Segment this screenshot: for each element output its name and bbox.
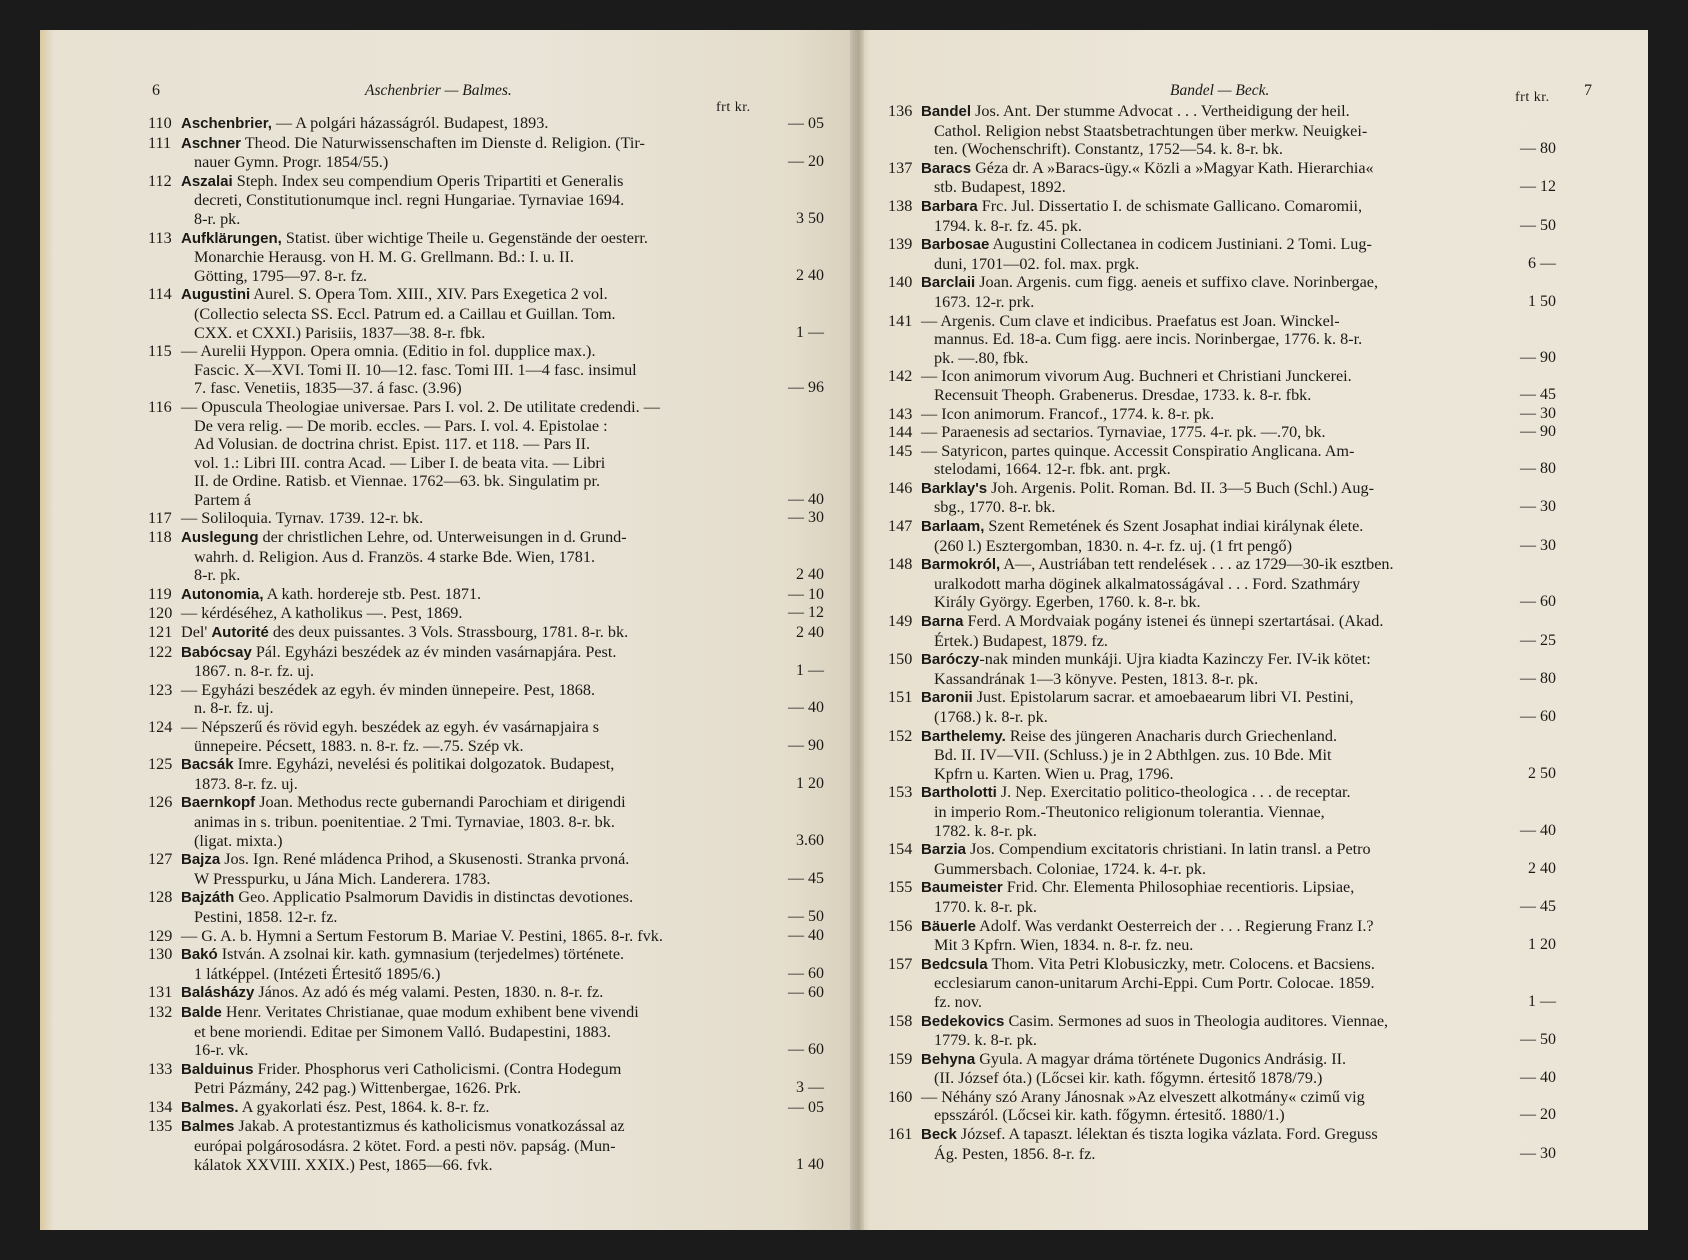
- entry-author: Babócsay: [181, 644, 252, 661]
- entry-text: Jos. Ant. Der stumme Advocat . . . Verth…: [971, 102, 1350, 120]
- entry-number: 145: [888, 442, 921, 461]
- entry-continuation-line: stb. Budapest, 1892.: [888, 178, 1480, 197]
- entry-price: 3.60: [760, 832, 824, 851]
- entry-number: 146: [888, 479, 921, 498]
- catalogue-entry: 156Bäuerle Adolf. Was verdankt Oesterrei…: [888, 917, 1480, 955]
- entry-price: — 25: [1492, 632, 1556, 651]
- entry-first-line: 122Babócsay Pál. Egyházi beszédek az év …: [148, 643, 748, 663]
- entry-text: Just. Epistolarum sacrar. et amoebaearum…: [973, 688, 1354, 706]
- entry-text: pk. —.80, fbk.: [934, 349, 1028, 367]
- entry-price: 1 —: [1492, 993, 1556, 1012]
- entry-first-line: 138Barbara Frc. Jul. Dissertatio I. de s…: [888, 197, 1480, 217]
- entry-text: Értek.) Budapest, 1879. fz.: [934, 632, 1108, 650]
- entry-first-line: 146Barklay's Joh. Argenis. Polit. Roman.…: [888, 479, 1480, 499]
- entry-text: Aurelii Hyppon. Opera omnia. (Editio in …: [200, 342, 595, 360]
- entry-first-line: 150Baróczy-nak minden munkáji. Ujra kiad…: [888, 650, 1480, 670]
- entry-author: Bedekovics: [921, 1013, 1004, 1030]
- catalogue-entry: 121Del' Autorité des deux puissantes. 3 …: [148, 623, 748, 643]
- entry-first-line: 112Aszalai Steph. Index seu compendium O…: [148, 172, 748, 192]
- entry-price: — 40: [760, 699, 824, 718]
- entry-price: — 90: [1492, 423, 1556, 442]
- entry-author: Baróczy: [921, 651, 979, 668]
- catalogue-entry: 141— Argenis. Cum clave et indicibus. Pr…: [888, 312, 1480, 368]
- entry-text: sbg., 1770. 8-r. bk.: [934, 498, 1055, 516]
- entry-text: (II. József óta.) (Lőcsei kir. kath. főg…: [934, 1069, 1322, 1087]
- entry-text: ünnepeire. Pécsett, 1883. n. 8-r. fz. —.…: [194, 737, 524, 755]
- entry-continuation-line: 1 látképpel. (Intézeti Értesitő 1895/6.): [148, 965, 748, 984]
- entry-first-line: 113Aufklärungen, Statist. über wichtige …: [148, 229, 748, 249]
- entry-first-line: 158Bedekovics Casim. Sermones ad suos in…: [888, 1012, 1480, 1032]
- entry-text: J. Nep. Exercitatio politico-theologica …: [997, 783, 1351, 801]
- running-head: Bandel — Beck.: [1170, 82, 1269, 100]
- entry-text: (260 l.) Esztergomban, 1830. n. 4-r. fz.…: [934, 537, 1292, 555]
- entry-text: 1779. k. 8-r. pk.: [934, 1031, 1037, 1049]
- entry-continuation-line: Bd. II. IV—VII. (Schluss.) je in 2 Abthl…: [888, 746, 1480, 765]
- entry-text: 1873. 8-r. fz. uj.: [194, 775, 298, 793]
- catalogue-entries: 136Bandel Jos. Ant. Der stumme Advocat .…: [888, 102, 1480, 1163]
- entry-number: 135: [148, 1117, 181, 1136]
- catalogue-entry: 142— Icon animorum vivorum Aug. Buchneri…: [888, 367, 1480, 404]
- entry-text: De vera relig. — De morib. eccles. — Par…: [194, 417, 608, 435]
- entry-continuation-line: (Collectio selecta SS. Eccl. Patrum ed. …: [148, 305, 748, 324]
- entry-text: 7. fasc. Venetiis, 1835—37. á fasc. (3.9…: [194, 379, 462, 397]
- entry-number: 148: [888, 555, 921, 574]
- entry-number: 131: [148, 983, 181, 1002]
- entry-first-line: 161Beck József. A tapaszt. lélektan és t…: [888, 1125, 1480, 1145]
- entry-price: — 10: [760, 586, 824, 605]
- entry-text: II. de Ordine. Ratisb. et Viennae. 1762—…: [194, 472, 600, 490]
- entry-continuation-line: Fascic. X—XVI. Tomi II. 10—12. fasc. Tom…: [148, 361, 748, 380]
- entry-text: Egyházi beszédek az egyh. év minden ünne…: [201, 681, 595, 699]
- entry-price: 1 —: [760, 324, 824, 343]
- entry-text: G. A. b. Hymni a Sertum Festorum B. Mari…: [201, 927, 663, 945]
- entry-number: 158: [888, 1012, 921, 1031]
- entry-text: Cathol. Religion nebst Staatsbetrachtung…: [934, 122, 1367, 140]
- entry-first-line: 126Baernkopf Joan. Methodus recte gubern…: [148, 793, 748, 813]
- entry-continuation-line: decreti, Constitutionumque incl. regni H…: [148, 191, 748, 210]
- entry-first-line: 123— Egyházi beszédek az egyh. év minden…: [148, 681, 748, 700]
- entry-price: — 12: [1492, 178, 1556, 197]
- catalogue-entry: 126Baernkopf Joan. Methodus recte gubern…: [148, 793, 748, 850]
- entry-number: 118: [148, 528, 181, 547]
- entry-number: 147: [888, 517, 921, 536]
- entry-price: — 50: [760, 908, 824, 927]
- catalogue-entry: 129— G. A. b. Hymni a Sertum Festorum B.…: [148, 927, 748, 946]
- entry-number: 134: [148, 1098, 181, 1117]
- entry-first-line: 132Balde Henr. Veritates Christianae, qu…: [148, 1003, 748, 1023]
- entry-price: — 60: [1492, 708, 1556, 727]
- entry-price: — 12: [760, 604, 824, 623]
- entry-continuation-line: Király György. Egerben, 1760. k. 8-r. bk…: [888, 593, 1480, 612]
- entry-author: Barklay's: [921, 480, 987, 497]
- entry-continuation-line: epsszáról. (Lőcsei kir. kath. főgymn. ér…: [888, 1106, 1480, 1125]
- entry-price: — 40: [1492, 1069, 1556, 1088]
- entry-author: Aszalai: [181, 173, 233, 190]
- entry-price: — 20: [760, 153, 824, 172]
- catalogue-entry: 111Aschner Theod. Die Naturwissenschafte…: [148, 134, 748, 172]
- entry-text: vol. 1.: Libri III. contra Acad. — Liber…: [194, 454, 605, 472]
- entry-first-line: 117— Soliloquia. Tyrnav. 1739. 12-r. bk.: [148, 509, 748, 528]
- catalogue-entry: 117— Soliloquia. Tyrnav. 1739. 12-r. bk.…: [148, 509, 748, 528]
- entry-first-line: 154Barzia Jos. Compendium excitatoris ch…: [888, 840, 1480, 860]
- entry-number: 138: [888, 197, 921, 216]
- entry-author: Balde: [181, 1004, 222, 1021]
- entry-text: (ligat. mixta.): [194, 832, 283, 850]
- entry-continuation-line: 1770. k. 8-r. pk.: [888, 898, 1480, 917]
- entry-text: Götting, 1795—97. 8-r. fz.: [194, 267, 367, 285]
- entry-first-line: 148Barmokról, A—, Austriában tett rendel…: [888, 555, 1480, 575]
- entry-text: Bd. II. IV—VII. (Schluss.) je in 2 Abthl…: [934, 746, 1331, 764]
- catalogue-entry: 138Barbara Frc. Jul. Dissertatio I. de s…: [888, 197, 1480, 235]
- entry-number: 143: [888, 405, 921, 424]
- catalogue-entry: 135Balmes Jakab. A protestantizmus és ka…: [148, 1117, 748, 1174]
- entry-continuation-line: sbg., 1770. 8-r. bk.: [888, 498, 1480, 517]
- entry-text: Recensuit Theoph. Grabenerus. Dresdae, 1…: [934, 386, 1311, 404]
- entry-author: Bajzáth: [181, 889, 234, 906]
- entry-first-line: 118Auslegung der christlichen Lehre, od.…: [148, 528, 748, 548]
- entry-first-line: 147Barlaam, Szent Remetének és Szent Jos…: [888, 517, 1480, 537]
- entry-text: fz. nov.: [934, 993, 982, 1011]
- entry-first-line: 142— Icon animorum vivorum Aug. Buchneri…: [888, 367, 1480, 386]
- entry-first-line: 144— Paraenesis ad sectarios. Tyrnaviae,…: [888, 423, 1480, 442]
- entry-price: 1 20: [1492, 936, 1556, 955]
- entry-continuation-line: Götting, 1795—97. 8-r. fz.: [148, 267, 748, 286]
- entry-text: Fascic. X—XVI. Tomi II. 10—12. fasc. Tom…: [194, 361, 637, 379]
- page-number: 7: [1584, 82, 1592, 100]
- catalogue-entry: 153Bartholotti J. Nep. Exercitatio polit…: [888, 783, 1480, 840]
- entry-continuation-line: Mit 3 Kpfrn. Wien, 1834. n. 8-r. fz. neu…: [888, 936, 1480, 955]
- catalogue-entry: 145— Satyricon, partes quinque. Accessit…: [888, 442, 1480, 479]
- entry-continuation-line: 1867. n. 8-r. fz. uj.: [148, 662, 748, 681]
- entry-continuation-line: 1782. k. 8-r. pk.: [888, 822, 1480, 841]
- entry-prefix: —: [181, 681, 201, 699]
- entry-text: Statist. über wichtige Theile u. Gegenst…: [282, 229, 648, 247]
- entry-price: — 45: [1492, 898, 1556, 917]
- entry-text: ten. (Wochenschrift). Constantz, 1752—54…: [934, 140, 1283, 158]
- entry-first-line: 121Del' Autorité des deux puissantes. 3 …: [148, 623, 748, 643]
- entry-first-line: 129— G. A. b. Hymni a Sertum Festorum B.…: [148, 927, 748, 946]
- entry-author: Barbosae: [921, 236, 989, 253]
- page-number: 6: [152, 82, 160, 100]
- catalogue-entry: 133Balduinus Frider. Phosphorus veri Cat…: [148, 1060, 748, 1098]
- entry-number: 137: [888, 159, 921, 178]
- left-page: 6 Aschenbrier — Balmes. frt kr. 110Asche…: [40, 30, 858, 1230]
- entry-text: uralkodott marha döginek alkalmatosságáv…: [934, 575, 1360, 593]
- entry-continuation-line: fz. nov.: [888, 993, 1480, 1012]
- entry-author: Baumeister: [921, 879, 1003, 896]
- entry-continuation-line: (260 l.) Esztergomban, 1830. n. 4-r. fz.…: [888, 537, 1480, 556]
- entry-number: 159: [888, 1050, 921, 1069]
- entry-first-line: 156Bäuerle Adolf. Was verdankt Oesterrei…: [888, 917, 1480, 937]
- entry-first-line: 120— kérdéséhez, A katholikus —. Pest, 1…: [148, 604, 748, 623]
- entry-continuation-line: uralkodott marha döginek alkalmatosságáv…: [888, 575, 1480, 594]
- catalogue-entry: 160— Néhány szó Arany Jánosnak »Az elves…: [888, 1088, 1480, 1125]
- entry-text: der christlichen Lehre, od. Unterweisung…: [259, 528, 627, 546]
- entry-first-line: 115— Aurelii Hyppon. Opera omnia. (Editi…: [148, 342, 748, 361]
- entry-text: Géza dr. A »Baracs-ügy.« Közli a »Magyar…: [971, 159, 1374, 177]
- entry-price: 2 40: [760, 566, 824, 585]
- entry-text: európai polgárosodásra. 2 kötet. Ford. a…: [194, 1137, 616, 1155]
- entry-number: 114: [148, 285, 181, 304]
- entry-price: 6 —: [1492, 255, 1556, 274]
- entry-first-line: 128Bajzáth Geo. Applicatio Psalmorum Dav…: [148, 888, 748, 908]
- entry-author: Behyna: [921, 1051, 975, 1068]
- entry-continuation-line: wahrh. d. Religion. Aus d. Französ. 4 st…: [148, 548, 748, 567]
- entry-continuation-line: kálatok XXVIII. XXIX.) Pest, 1865—66. fv…: [148, 1156, 748, 1175]
- entry-price: — 90: [1492, 349, 1556, 368]
- entry-first-line: 137Baracs Géza dr. A »Baracs-ügy.« Közli…: [888, 159, 1480, 179]
- entry-text: József. A tapaszt. lélektan és tiszta lo…: [957, 1125, 1378, 1143]
- entry-number: 123: [148, 681, 181, 700]
- entry-continuation-line: Cathol. Religion nebst Staatsbetrachtung…: [888, 122, 1480, 141]
- entry-continuation-line: in imperio Rom.-Theutonico religionum to…: [888, 803, 1480, 822]
- entry-price: 3 —: [760, 1079, 824, 1098]
- entry-text: ecclesiarum canon-unitarum Archi-Eppi. C…: [934, 974, 1375, 992]
- entry-price: 2 40: [1492, 860, 1556, 879]
- entry-number: 111: [148, 134, 181, 153]
- entry-continuation-line: duni, 1701—02. fol. max. prgk.: [888, 255, 1480, 274]
- entry-author: Augustini: [181, 286, 250, 303]
- entry-text: stb. Budapest, 1892.: [934, 178, 1066, 196]
- entry-text: Ad Volusian. de doctrina christ. Epist. …: [194, 435, 590, 453]
- entry-author: Barna: [921, 613, 964, 630]
- entry-prefix: —: [921, 367, 941, 385]
- catalogue-entry: 115— Aurelii Hyppon. Opera omnia. (Editi…: [148, 342, 748, 398]
- entry-author: Balásházy: [181, 984, 254, 1001]
- entry-continuation-line: Pestini, 1858. 12-r. fz.: [148, 908, 748, 927]
- entry-price: — 30: [1492, 405, 1556, 424]
- entry-continuation-line: 1779. k. 8-r. pk.: [888, 1031, 1480, 1050]
- entry-text: Joh. Argenis. Polit. Roman. Bd. II. 3—5 …: [987, 479, 1374, 497]
- entry-number: 126: [148, 793, 181, 812]
- entry-text: 16-r. vk.: [194, 1041, 248, 1059]
- catalogue-entry: 147Barlaam, Szent Remetének és Szent Jos…: [888, 517, 1480, 555]
- entry-price: 1 20: [760, 775, 824, 794]
- entry-number: 156: [888, 917, 921, 936]
- entry-number: 141: [888, 312, 921, 331]
- entry-text: Reise des jüngeren Anacharis durch Griec…: [1006, 727, 1337, 745]
- entry-text: animas in s. tribun. poenitentiae. 2 Tmi…: [194, 813, 615, 831]
- entry-author: Bandel: [921, 103, 971, 120]
- catalogue-entry: 158Bedekovics Casim. Sermones ad suos in…: [888, 1012, 1480, 1050]
- entry-number: 161: [888, 1125, 921, 1144]
- entry-text: Frider. Phosphorus veri Catholicismi. (C…: [254, 1060, 622, 1078]
- entry-author: Aschner: [181, 135, 241, 152]
- entry-price: 2 40: [760, 267, 824, 286]
- entry-text: Monarchie Herausg. von H. M. G. Grellman…: [194, 248, 574, 266]
- entry-price: — 45: [760, 870, 824, 889]
- entry-price: — 50: [1492, 217, 1556, 236]
- entry-continuation-line: animas in s. tribun. poenitentiae. 2 Tmi…: [148, 813, 748, 832]
- entry-author: Autonomia,: [181, 586, 264, 603]
- entry-author: Barlaam,: [921, 518, 984, 535]
- entry-continuation-line: stelodami, 1664. 12-r. fbk. ant. prgk.: [888, 460, 1480, 479]
- entry-text: Gyula. A magyar dráma története Dugonics…: [975, 1050, 1346, 1068]
- entry-price: — 96: [760, 379, 824, 398]
- entry-text: des deux puissantes. 3 Vols. Strassbourg…: [269, 623, 628, 641]
- entry-price: 1 —: [760, 662, 824, 681]
- catalogue-entry: 143— Icon animorum. Francof., 1774. k. 8…: [888, 405, 1480, 424]
- entry-continuation-line: 1873. 8-r. fz. uj.: [148, 775, 748, 794]
- entry-text: 8-r. pk.: [194, 566, 240, 584]
- entry-number: 157: [888, 955, 921, 974]
- entry-first-line: 160— Néhány szó Arany Jánosnak »Az elves…: [888, 1088, 1480, 1107]
- entry-number: 140: [888, 273, 921, 292]
- entry-price: — 80: [1492, 460, 1556, 479]
- entry-price: — 40: [760, 491, 824, 510]
- entry-first-line: 111Aschner Theod. Die Naturwissenschafte…: [148, 134, 748, 154]
- catalogue-entry: 122Babócsay Pál. Egyházi beszédek az év …: [148, 643, 748, 681]
- entry-text: Jos. Compendium excitatoris christiani. …: [966, 840, 1371, 858]
- entry-number: 115: [148, 342, 181, 361]
- entry-author: Aufklärungen,: [181, 230, 282, 247]
- entry-number: 110: [148, 114, 181, 133]
- entry-text: wahrh. d. Religion. Aus d. Französ. 4 st…: [194, 548, 595, 566]
- entry-number: 151: [888, 688, 921, 707]
- catalogue-entry: 149Barna Ferd. A Mordvaiak pogány istene…: [888, 612, 1480, 650]
- entry-prefix: —: [921, 423, 941, 441]
- entry-text: Pestini, 1858. 12-r. fz.: [194, 908, 337, 926]
- entry-author: Bakó: [181, 946, 218, 963]
- entry-text: et bene moriendi. Editae per Simonem Val…: [194, 1023, 611, 1041]
- entry-price: 1 40: [760, 1156, 824, 1175]
- entry-first-line: 116— Opuscula Theologiae universae. Pars…: [148, 398, 748, 417]
- entry-price: — 80: [1492, 140, 1556, 159]
- entry-text: 1867. n. 8-r. fz. uj.: [194, 662, 314, 680]
- entry-prefix: —: [921, 1088, 941, 1106]
- entry-text: Petri Pázmány, 242 pag.) Wittenbergae, 1…: [194, 1079, 521, 1097]
- entry-prefix: —: [181, 927, 201, 945]
- entry-author: Bartholotti: [921, 784, 997, 801]
- catalogue-entry: 151Baronii Just. Epistolarum sacrar. et …: [888, 688, 1480, 726]
- entry-text: Imre. Egyházi, nevelési és politikai dol…: [234, 755, 615, 773]
- entry-number: 152: [888, 727, 921, 746]
- entry-number: 139: [888, 235, 921, 254]
- entry-author: Baracs: [921, 160, 971, 177]
- entry-continuation-line: (II. József óta.) (Lőcsei kir. kath. főg…: [888, 1069, 1480, 1088]
- entry-continuation-line: Partem á: [148, 491, 748, 510]
- entry-author: Bajza: [181, 851, 220, 868]
- entry-text: Gummersbach. Coloniae, 1724. k. 4-r. pk.: [934, 860, 1206, 878]
- catalogue-entry: 130Bakó István. A zsolnai kir. kath. gym…: [148, 945, 748, 983]
- entry-price: — 30: [1492, 1145, 1556, 1164]
- entry-number: 160: [888, 1088, 921, 1107]
- entry-author: Auslegung: [181, 529, 259, 546]
- entry-price: — 80: [1492, 670, 1556, 689]
- entry-first-line: 131Balásházy János. Az adó és még valami…: [148, 983, 748, 1003]
- entry-text: — A polgári házasságról. Budapest, 1893.: [272, 114, 549, 132]
- entry-price: — 20: [1492, 1106, 1556, 1125]
- entry-price: — 50: [1492, 1031, 1556, 1050]
- catalogue-entry: 131Balásházy János. Az adó és még valami…: [148, 983, 748, 1003]
- entry-text: decreti, Constitutionumque incl. regni H…: [194, 191, 624, 209]
- entry-text: Icon animorum. Francof., 1774. k. 8-r. p…: [941, 405, 1214, 423]
- entry-first-line: 130Bakó István. A zsolnai kir. kath. gym…: [148, 945, 748, 965]
- entry-text: mannus. Ed. 18-a. Cum figg. aere incis. …: [934, 330, 1362, 348]
- entry-text: duni, 1701—02. fol. max. prgk.: [934, 255, 1139, 273]
- entry-continuation-line: 1794. k. 8-r. fz. 45. pk.: [888, 217, 1480, 236]
- entry-price: — 45: [1492, 386, 1556, 405]
- entry-text: (Collectio selecta SS. Eccl. Patrum ed. …: [194, 305, 616, 323]
- catalogue-entry: 155Baumeister Frid. Chr. Elementa Philos…: [888, 878, 1480, 916]
- entry-number: 112: [148, 172, 181, 191]
- entry-text: 1794. k. 8-r. fz. 45. pk.: [934, 217, 1082, 235]
- entry-continuation-line: 8-r. pk.: [148, 566, 748, 585]
- entry-text: kálatok XXVIII. XXIX.) Pest, 1865—66. fv…: [194, 1156, 493, 1174]
- entry-text: 1782. k. 8-r. pk.: [934, 822, 1037, 840]
- entry-continuation-line: Ág. Pesten, 1856. 8-r. fz.: [888, 1145, 1480, 1164]
- entry-continuation-line: II. de Ordine. Ratisb. et Viennae. 1762—…: [148, 472, 748, 491]
- catalogue-entry: 159Behyna Gyula. A magyar dráma történet…: [888, 1050, 1480, 1088]
- entry-continuation-line: Értek.) Budapest, 1879. fz.: [888, 632, 1480, 651]
- entry-text: in imperio Rom.-Theutonico religionum to…: [934, 803, 1325, 821]
- entry-text: Kpfrn u. Karten. Wien u. Prag, 1796.: [934, 765, 1174, 783]
- entry-author: Barthelemy.: [921, 728, 1006, 745]
- entry-text: A kath. hordereje stb. Pest. 1871.: [264, 585, 482, 603]
- entry-continuation-line: mannus. Ed. 18-a. Cum figg. aere incis. …: [888, 330, 1480, 349]
- entry-text: kérdéséhez, A katholikus —. Pest, 1869.: [201, 604, 462, 622]
- entry-prefix: —: [921, 442, 941, 460]
- entry-continuation-line: W Presspurku, u Jána Mich. Landerera. 17…: [148, 870, 748, 889]
- entry-prefix: —: [181, 342, 200, 360]
- entry-first-line: 119Autonomia, A kath. hordereje stb. Pes…: [148, 585, 748, 605]
- entry-number: 121: [148, 623, 181, 642]
- entry-first-line: 145— Satyricon, partes quinque. Accessit…: [888, 442, 1480, 461]
- entry-prefix: —: [921, 405, 941, 423]
- catalogue-entry: 136Bandel Jos. Ant. Der stumme Advocat .…: [888, 102, 1480, 159]
- catalogue-entry: 120— kérdéséhez, A katholikus —. Pest, 1…: [148, 604, 748, 623]
- entry-first-line: 155Baumeister Frid. Chr. Elementa Philos…: [888, 878, 1480, 898]
- catalogue-entry: 125Bacsák Imre. Egyházi, nevelési és pol…: [148, 755, 748, 793]
- entry-continuation-line: Kpfrn u. Karten. Wien u. Prag, 1796.: [888, 765, 1480, 784]
- entry-number: 128: [148, 888, 181, 907]
- entry-number: 149: [888, 612, 921, 631]
- entry-author: Barclaii: [921, 274, 975, 291]
- entry-author: Bäuerle: [921, 918, 976, 935]
- entry-continuation-line: (1768.) k. 8-r. pk.: [888, 708, 1480, 727]
- entry-price: — 30: [760, 509, 824, 528]
- entry-continuation-line: et bene moriendi. Editae per Simonem Val…: [148, 1023, 748, 1042]
- entry-prefix: —: [921, 312, 940, 330]
- entry-price: 3 50: [760, 210, 824, 229]
- entry-first-line: 134Balmes. A gyakorlati ész. Pest, 1864.…: [148, 1098, 748, 1118]
- entry-number: 144: [888, 423, 921, 442]
- entry-continuation-line: Kassandrának 1—3 könyve. Pesten, 1813. 8…: [888, 670, 1480, 689]
- entry-text: Partem á: [194, 491, 251, 509]
- entry-price: 2 50: [1492, 765, 1556, 784]
- catalogue-entry: 134Balmes. A gyakorlati ész. Pest, 1864.…: [148, 1098, 748, 1118]
- catalogue-entry: 144— Paraenesis ad sectarios. Tyrnaviae,…: [888, 423, 1480, 442]
- entry-text: Argenis. Cum clave et indicibus. Praefat…: [940, 312, 1339, 330]
- book-gutter: [850, 30, 864, 1230]
- entry-continuation-line: pk. —.80, fbk.: [888, 349, 1480, 368]
- catalogue-entry: 116— Opuscula Theologiae universae. Pars…: [148, 398, 748, 510]
- entry-price: — 60: [760, 965, 824, 984]
- entry-continuation-line: Monarchie Herausg. von H. M. G. Grellman…: [148, 248, 748, 267]
- catalogue-entry: 146Barklay's Joh. Argenis. Polit. Roman.…: [888, 479, 1480, 517]
- entry-first-line: 140Barclaii Joan. Argenis. cum figg. aen…: [888, 273, 1480, 293]
- entry-continuation-line: nauer Gymn. Progr. 1854/55.): [148, 153, 748, 172]
- entry-continuation-line: ten. (Wochenschrift). Constantz, 1752—54…: [888, 140, 1480, 159]
- entry-price: — 40: [760, 927, 824, 946]
- entry-prefix: —: [181, 718, 201, 736]
- entry-first-line: 139Barbosae Augustini Collectanea in cod…: [888, 235, 1480, 255]
- entry-first-line: 124— Népszerű és rövid egyh. beszédek az…: [148, 718, 748, 737]
- entry-text: Steph. Index seu compendium Operis Tripa…: [233, 172, 624, 190]
- entry-number: 130: [148, 945, 181, 964]
- entry-price: — 60: [760, 1041, 824, 1060]
- entry-author: Baronii: [921, 689, 973, 706]
